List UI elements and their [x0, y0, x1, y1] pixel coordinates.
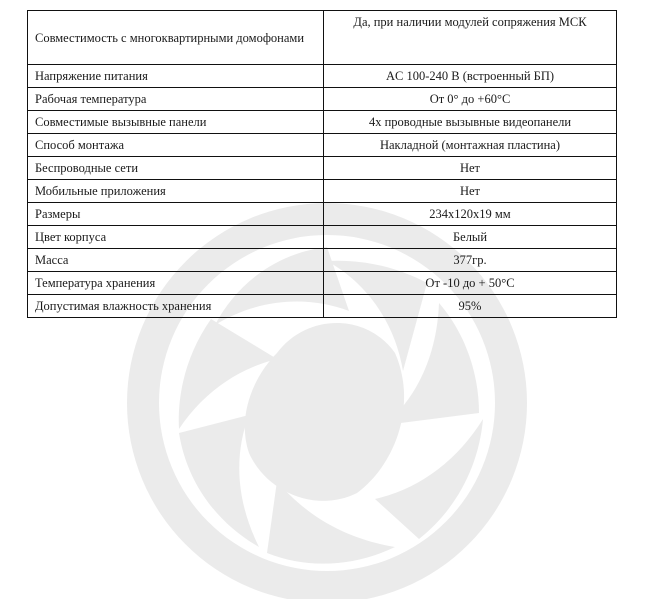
spec-label: Допустимая влажность хранения — [28, 295, 324, 318]
spec-value: 95% — [324, 295, 617, 318]
table-row: Размеры 234х120х19 мм — [28, 203, 617, 226]
spec-label: Мобильные приложения — [28, 180, 324, 203]
spec-value: Нет — [324, 157, 617, 180]
table-row: Температура хранения От -10 до + 50°C — [28, 272, 617, 295]
table-row: Масса 377гр. — [28, 249, 617, 272]
spec-value: Накладной (монтажная пластина) — [324, 134, 617, 157]
spec-value: AC 100-240 В (встроенный БП) — [324, 65, 617, 88]
spec-label: Рабочая температура — [28, 88, 324, 111]
spec-label: Беспроводные сети — [28, 157, 324, 180]
spec-label: Размеры — [28, 203, 324, 226]
spec-value: От 0° до +60°C — [324, 88, 617, 111]
spec-label: Совместимые вызывные панели — [28, 111, 324, 134]
spec-label: Цвет корпуса — [28, 226, 324, 249]
table-row: Беспроводные сети Нет — [28, 157, 617, 180]
spec-value: Да, при наличии модулей сопряжения МСК — [324, 11, 617, 65]
spec-value: 4х проводные вызывные видеопанели — [324, 111, 617, 134]
spec-label: Масса — [28, 249, 324, 272]
table-row: Цвет корпуса Белый — [28, 226, 617, 249]
spec-value: Белый — [324, 226, 617, 249]
spec-label: Совместимость с многоквартирными домофон… — [28, 11, 324, 65]
spec-value: 377гр. — [324, 249, 617, 272]
spec-value: 234х120х19 мм — [324, 203, 617, 226]
specifications-table: Совместимость с многоквартирными домофон… — [27, 10, 617, 318]
spec-label: Напряжение питания — [28, 65, 324, 88]
table-row: Рабочая температура От 0° до +60°C — [28, 88, 617, 111]
spec-value: Нет — [324, 180, 617, 203]
spec-label: Температура хранения — [28, 272, 324, 295]
table-row: Способ монтажа Накладной (монтажная плас… — [28, 134, 617, 157]
table-row: Допустимая влажность хранения 95% — [28, 295, 617, 318]
table-row: Совместимые вызывные панели 4х проводные… — [28, 111, 617, 134]
table-row: Мобильные приложения Нет — [28, 180, 617, 203]
table-row: Совместимость с многоквартирными домофон… — [28, 11, 617, 65]
table-row: Напряжение питания AC 100-240 В (встроен… — [28, 65, 617, 88]
spec-label: Способ монтажа — [28, 134, 324, 157]
spec-value: От -10 до + 50°C — [324, 272, 617, 295]
